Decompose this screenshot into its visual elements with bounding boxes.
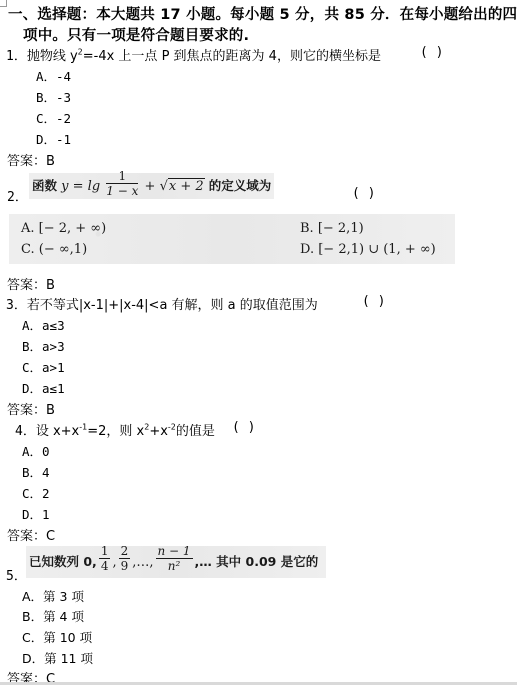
question-1-answer-blank: ( ) — [420, 45, 443, 60]
question-4-number: 4． — [15, 424, 36, 439]
question-2-number: 2． — [7, 186, 28, 205]
question-2-option-b: B. [− 2,1) — [300, 221, 364, 236]
sqrt-symbol: √ — [160, 179, 168, 194]
question-3-option-a: A．a≤3 — [22, 316, 65, 334]
question-1-answer: 答案：B — [7, 150, 55, 169]
question-4-option-d: D．1 — [22, 505, 50, 523]
question-1-number: 1． — [6, 49, 27, 64]
question-5-option-c: C．第 10 项 — [22, 628, 92, 646]
question-3-option-c: C．a>1 — [22, 358, 65, 376]
question-3-stem: 3．若不等式|x-1|+|x-4|<a 有解，则 a 的取值范围为 — [6, 294, 318, 313]
question-3-answer: 答案：B — [7, 399, 55, 418]
question-1-option-d: D．-1 — [36, 130, 71, 148]
question-1-stem: 1．抛物线 y2=-4x 上一点 P 到焦点的距离为 4，则它的横坐标是 — [6, 45, 381, 64]
question-2-answer-blank: ( ) — [352, 186, 375, 201]
fraction: 1 1 − x — [106, 170, 138, 197]
question-4-answer: 答案：C — [7, 525, 55, 544]
question-2-option-a: A. [− 2, + ∞) — [21, 221, 106, 236]
question-1-option-b: B．-3 — [36, 88, 71, 106]
question-5-stem-image: 已知数列 0,14,29,…,n − 1n²,… 其中 0.09 是它的 — [26, 546, 326, 578]
question-2-option-c: C. (− ∞,1) — [21, 242, 87, 257]
question-5-number: 5． — [6, 565, 27, 584]
section-heading-line2: 项中。只有一项是符合题目要求的. — [23, 24, 249, 45]
question-2-stem-image: 函数 y = lg 1 1 − x + √x + 2 的定义域为 — [29, 173, 274, 199]
question-4-answer-blank: ( ) — [232, 420, 255, 435]
question-2-options-image: A. [− 2, + ∞) B. [− 2,1) C. (− ∞,1) D. [… — [9, 214, 455, 264]
question-5-option-a: A．第 3 项 — [22, 587, 84, 605]
question-1-option-c: C．-2 — [36, 109, 71, 127]
question-1-option-a: A．-4 — [36, 67, 71, 85]
fraction: n − 1n² — [156, 545, 193, 572]
fraction: 29 — [119, 545, 131, 572]
question-3-number: 3． — [6, 298, 27, 313]
question-5-option-d: D．第 11 项 — [22, 649, 93, 667]
question-5-option-b: B．第 4 项 — [22, 607, 84, 625]
question-2-option-d: D. [− 2,1) ∪ (1, + ∞) — [300, 242, 436, 257]
question-3-option-d: D．a≤1 — [22, 379, 65, 397]
question-4-option-b: B．4 — [22, 463, 50, 481]
question-4-stem: 4．设 x+x-1=2，则 x2+x-2的值是 — [15, 420, 215, 439]
question-4-option-c: C．2 — [22, 484, 50, 502]
section-heading-line1: 一、选择题：本大题共 17 小题。每小题 5 分，共 85 分．在每小题给出的四… — [8, 3, 517, 24]
question-3-answer-blank: ( ) — [362, 294, 385, 309]
question-4-option-a: A．0 — [22, 442, 50, 460]
question-2-answer: 答案：B — [7, 274, 55, 293]
question-3-option-b: B．a>3 — [22, 337, 65, 355]
fraction: 14 — [99, 545, 111, 572]
page-corner-mark — [0, 0, 7, 7]
